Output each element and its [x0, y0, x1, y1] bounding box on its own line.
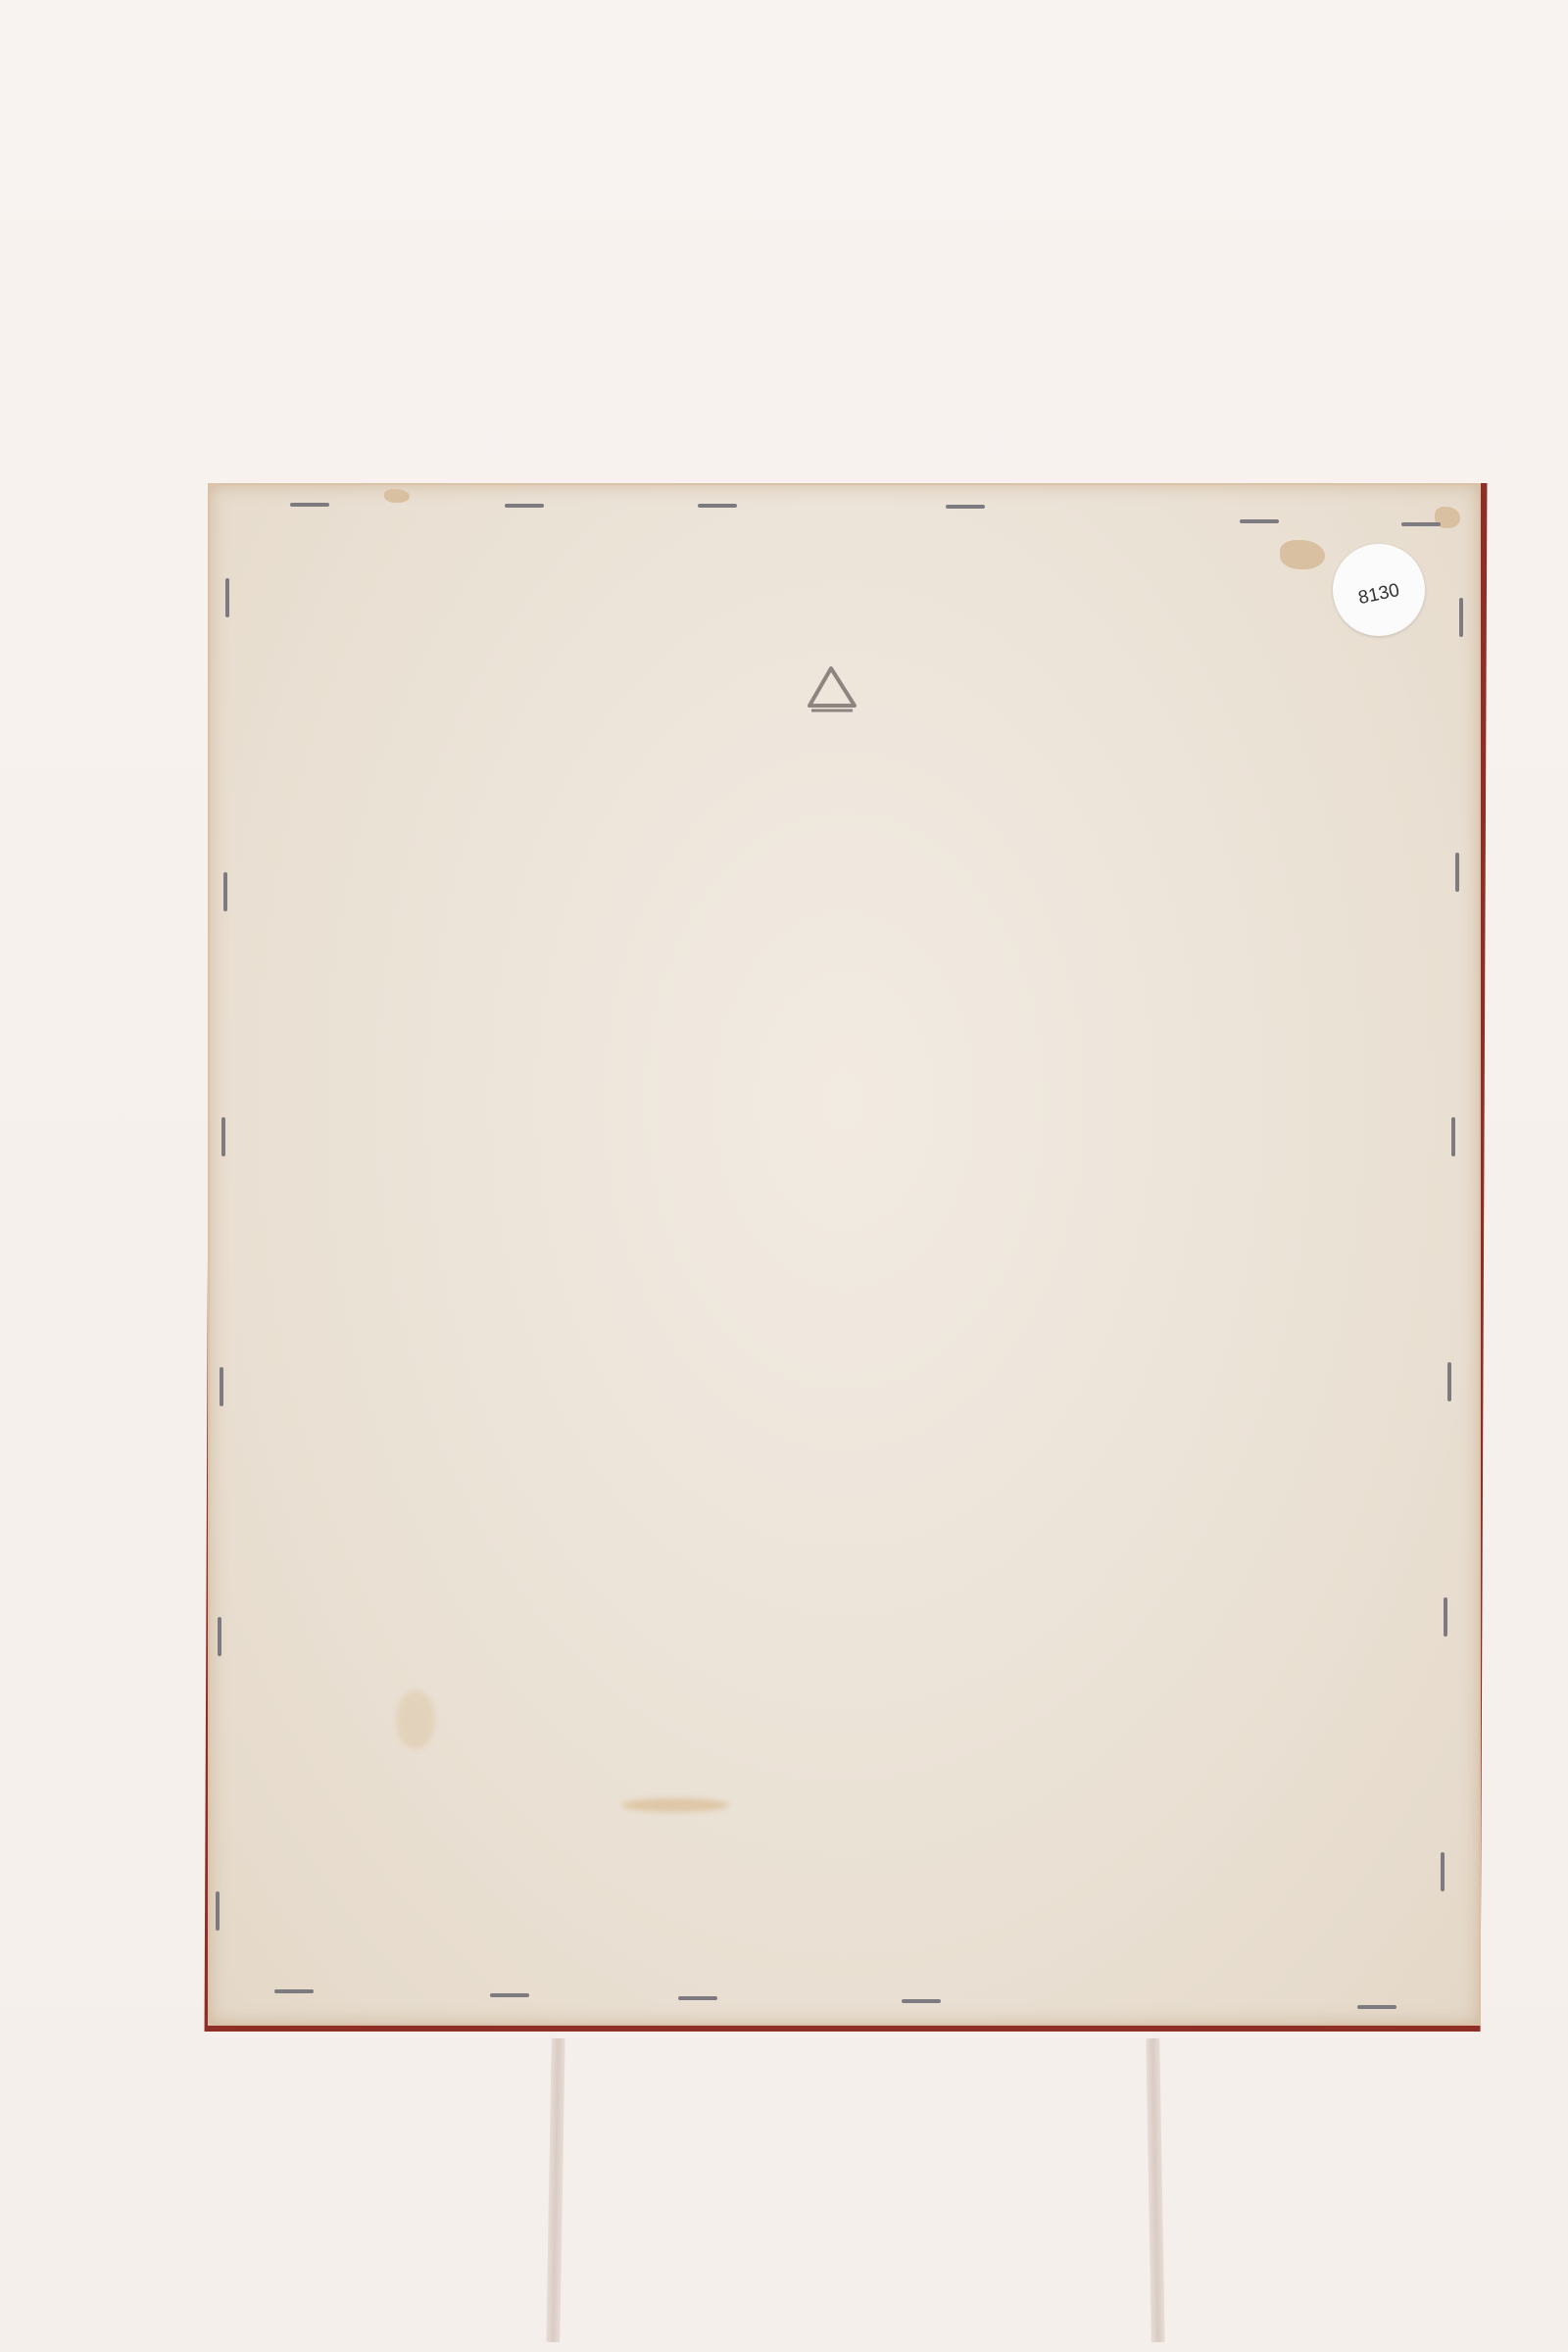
staple-icon — [216, 1891, 220, 1931]
staple-icon — [490, 1993, 529, 1997]
staple-icon — [221, 1117, 225, 1156]
paper-tear — [1280, 540, 1325, 569]
stain — [396, 1690, 435, 1749]
paper-tear — [384, 489, 410, 503]
sticker-number: 8130 — [1356, 580, 1401, 610]
staple-icon — [290, 503, 329, 507]
staple-icon — [902, 1999, 941, 2003]
staple-icon — [505, 504, 544, 508]
staple-icon — [218, 1617, 221, 1656]
staple-icon — [946, 505, 985, 509]
staple-icon — [1401, 522, 1441, 526]
staple-icon — [1441, 1852, 1445, 1891]
staple-icon — [223, 872, 227, 911]
staple-icon — [678, 1996, 717, 2000]
staple-icon — [220, 1367, 223, 1406]
staple-icon — [225, 578, 229, 617]
staple-icon — [1240, 519, 1279, 523]
staple-icon — [1444, 1597, 1447, 1637]
staple-icon — [1455, 853, 1459, 892]
staple-icon — [1451, 1117, 1455, 1156]
staple-icon — [1357, 2005, 1396, 2009]
staple-icon — [1447, 1362, 1451, 1401]
inventory-sticker: 8130 — [1333, 544, 1425, 636]
triangle-hanger-icon — [802, 662, 860, 717]
stain — [621, 1798, 729, 1812]
staple-icon — [274, 1989, 314, 1993]
staple-icon — [698, 504, 737, 508]
staple-icon — [1459, 598, 1463, 637]
